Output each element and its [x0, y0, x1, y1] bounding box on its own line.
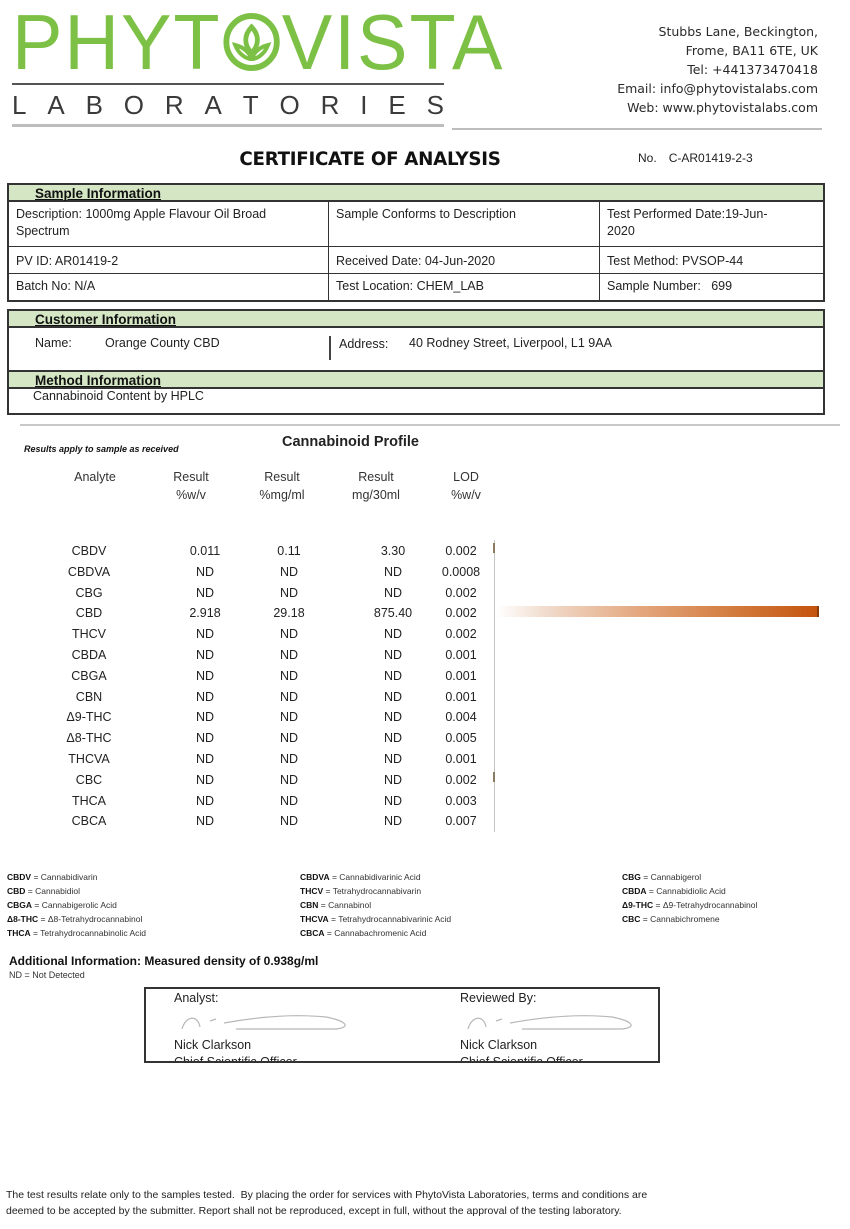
legend-full-name: Tetrahydrocannabivarinic Acid: [338, 914, 451, 924]
legend-entry: CBN = Cannabinol: [300, 898, 451, 912]
column-header-unit: %w/v: [146, 486, 236, 504]
logo-subtitle-letter: B: [86, 90, 103, 120]
legend-abbreviation: CBDV: [7, 872, 31, 882]
cell-mgml: ND: [244, 708, 334, 726]
legend-abbreviation: CBGA: [7, 900, 32, 910]
legend-equals: =: [640, 914, 650, 924]
cell-mgml: ND: [244, 625, 334, 643]
test-method-cell: Test Method: PVSOP-44: [600, 247, 823, 273]
axis-tick-mark: [493, 543, 495, 553]
legend-abbreviation: CBDA: [622, 886, 647, 896]
legend-equals: =: [323, 886, 333, 896]
table-row: CBDVANDNDND0.0008: [0, 563, 500, 583]
legend-full-name: Cannabichromene: [650, 914, 719, 924]
legend-entry: THCVA = Tetrahydrocannabivarinic Acid: [300, 912, 451, 926]
table-row: THCVNDNDND0.002: [0, 625, 500, 645]
cell-analyte: CBDVA: [44, 563, 134, 581]
certificate-number-label: No.: [638, 151, 657, 165]
web-line[interactable]: Web: www.phytovistalabs.com: [617, 98, 818, 117]
leaf-logo-icon: [223, 13, 279, 71]
column-header-line: Result: [146, 468, 236, 486]
table-row: THCANDNDND0.003: [0, 792, 500, 812]
legend-entry: CBDA = Cannabidiolic Acid: [622, 884, 757, 898]
table-row: Δ9-THCNDNDND0.004: [0, 708, 500, 728]
logo-divider: [12, 83, 444, 85]
legend-full-name: Cannabigerol: [651, 872, 702, 882]
method-text: Cannabinoid Content by HPLC: [33, 389, 204, 403]
profile-title: Cannabinoid Profile: [282, 434, 419, 450]
legend-abbreviation: CBDVA: [300, 872, 330, 882]
cell-analyte: CBDA: [44, 646, 134, 664]
cell-pct: ND: [160, 771, 250, 789]
section-title: Sample Information: [35, 185, 161, 202]
reviewer-signature-block: Reviewed By: Nick Clarkson Chief Scienti…: [460, 990, 583, 1063]
section-header: Method Information: [9, 372, 823, 389]
column-header-line: Analyte: [50, 468, 140, 486]
logo-subtitle-letter: A: [47, 90, 64, 120]
column-header-lod: LOD%w/v: [421, 468, 511, 504]
legend-full-name: Δ8-Tetrahydrocannabinol: [48, 914, 143, 924]
cell-analyte: CBD: [44, 604, 134, 622]
cell-analyte: CBCA: [44, 812, 134, 830]
abbreviation-legend-column: CBDVA = Cannabidivarinic AcidTHCV = Tetr…: [300, 870, 451, 940]
legend-full-name: Cannabidiol: [35, 886, 80, 896]
cell-mgml: 29.18: [244, 604, 334, 622]
column-header-analyte: Analyte: [50, 468, 140, 486]
legend-full-name: Δ9-Tetrahydrocannabinol: [663, 900, 758, 910]
legend-entry: CBCA = Cannabachromenic Acid: [300, 926, 451, 940]
table-row: CBGANDNDND0.001: [0, 667, 500, 687]
cell-analyte: CBGA: [44, 667, 134, 685]
sample-info-row: Batch No: N/A Test Location: CHEM_LAB Sa…: [9, 274, 823, 300]
cell-analyte: CBC: [44, 771, 134, 789]
column-header-unit: mg/30ml: [331, 486, 421, 504]
column-header-unit: %mg/ml: [237, 486, 327, 504]
batch-no-cell: Batch No: N/A: [9, 274, 329, 300]
table-row: CBDANDNDND0.001: [0, 646, 500, 666]
cell-mgml: ND: [244, 646, 334, 664]
cell-lod: 0.004: [416, 708, 506, 726]
certificate-number: No.C-AR01419-2-3: [638, 151, 753, 165]
conformity-cell: Sample Conforms to Description: [329, 202, 600, 246]
nd-note: ND = Not Detected: [9, 970, 85, 980]
cell-pct: ND: [160, 812, 250, 830]
test-date-cell: Test Performed Date:19-Jun-2020: [600, 202, 823, 246]
logo-subtitle-letter: L: [12, 90, 26, 120]
cell-analyte: THCA: [44, 792, 134, 810]
test-location-cell: Test Location: CHEM_LAB: [329, 274, 600, 300]
cell-pct: ND: [160, 625, 250, 643]
legend-full-name: Cannabidivarin: [41, 872, 98, 882]
analyst-label: Analyst:: [174, 990, 297, 1007]
method-information-box: Method Information Cannabinoid Content b…: [7, 370, 825, 415]
pv-id-cell: PV ID: AR01419-2: [9, 247, 329, 273]
section-header: Sample Information: [9, 185, 823, 202]
legend-equals: =: [318, 900, 328, 910]
customer-details: Name: Orange County CBD Address: 40 Rodn…: [9, 328, 823, 372]
legend-equals: =: [325, 928, 335, 938]
customer-name-label: Name:: [35, 336, 72, 350]
legend-full-name: Cannabidiolic Acid: [656, 886, 725, 896]
column-header-mg30: Resultmg/30ml: [331, 468, 421, 504]
disclaimer-line: The test results relate only to the samp…: [6, 1187, 826, 1203]
legend-equals: =: [38, 914, 48, 924]
customer-information-box: Customer Information Name: Orange County…: [7, 309, 825, 374]
logo-subtitle-letter: T: [243, 90, 259, 120]
reviewer-label: Reviewed By:: [460, 990, 583, 1007]
bar-cbd: [497, 606, 819, 617]
cell-mgml: ND: [244, 750, 334, 768]
analyst-name: Nick Clarkson: [174, 1037, 297, 1054]
cell-lod: 0.001: [416, 646, 506, 664]
header-divider: [452, 128, 822, 130]
column-header-line: Result: [331, 468, 421, 486]
received-date-cell: Received Date: 04-Jun-2020: [329, 247, 600, 273]
column-header-line: Result: [237, 468, 327, 486]
logo-subtitle-letter: A: [205, 90, 222, 120]
email-line[interactable]: Email: info@phytovistalabs.com: [617, 79, 818, 98]
legend-equals: =: [653, 900, 663, 910]
disclaimer-line: deemed to be accepted by the submitter. …: [6, 1203, 826, 1219]
legend-entry: THCV = Tetrahydrocannabivarin: [300, 884, 451, 898]
legend-full-name: Cannabachromenic Acid: [334, 928, 426, 938]
cell-analyte: Δ8-THC: [44, 729, 134, 747]
cell-pct: ND: [160, 667, 250, 685]
legend-equals: =: [330, 872, 340, 882]
logo-subtitle-letter: S: [427, 90, 444, 120]
cell-mgml: ND: [244, 771, 334, 789]
customer-address-value: 40 Rodney Street, Liverpool, L1 9AA: [409, 336, 612, 350]
cell-lod: 0.005: [416, 729, 506, 747]
legend-abbreviation: THCV: [300, 886, 323, 896]
cell-analyte: CBN: [44, 688, 134, 706]
legend-entry: CBGA = Cannabigerolic Acid: [7, 898, 146, 912]
legend-entry: CBDV = Cannabidivarin: [7, 870, 146, 884]
legend-entry: Δ8-THC = Δ8-Tetrahydrocannabinol: [7, 912, 146, 926]
table-row: CBCNDNDND0.002: [0, 771, 500, 791]
address-line: Stubbs Lane, Beckington,: [617, 22, 818, 41]
cell-pct: ND: [160, 729, 250, 747]
abbreviation-legend-column: CBDV = CannabidivarinCBD = CannabidiolCB…: [7, 870, 146, 940]
legend-equals: =: [32, 900, 42, 910]
cell-lod: 0.001: [416, 688, 506, 706]
legend-equals: =: [647, 886, 657, 896]
results-note: Results apply to sample as received: [24, 444, 179, 454]
logo-subtitle-letter: R: [165, 90, 184, 120]
section-header: Customer Information: [9, 311, 823, 328]
cell-pct: ND: [160, 688, 250, 706]
logo-underline: [12, 124, 444, 127]
table-row: CBNNDNDND0.001: [0, 688, 500, 708]
cell-mgml: ND: [244, 729, 334, 747]
lab-contact-block: Stubbs Lane, Beckington, Frome, BA11 6TE…: [617, 22, 818, 117]
logo-subtitle-letter: I: [360, 90, 367, 120]
cell-lod: 0.002: [416, 604, 506, 622]
analyst-title: Chief Scientific Officer: [174, 1054, 297, 1063]
legend-entry: CBG = Cannabigerol: [622, 870, 757, 884]
analyst-signature-block: Analyst: Nick Clarkson Chief Scientific …: [174, 990, 297, 1063]
sample-info-row: Description: 1000mg Apple Flavour Oil Br…: [9, 202, 823, 247]
cell-mgml: ND: [244, 563, 334, 581]
legend-entry: THCA = Tetrahydrocannabinolic Acid: [7, 926, 146, 940]
reviewer-name: Nick Clarkson: [460, 1037, 583, 1054]
logo-text-left: PHYT: [12, 0, 222, 86]
cell-lod: 0.001: [416, 750, 506, 768]
reviewer-title: Chief Scientific Officer: [460, 1054, 583, 1063]
cell-mgml: ND: [244, 688, 334, 706]
cell-pct: ND: [160, 563, 250, 581]
cell-pct: ND: [160, 792, 250, 810]
description-cell: Description: 1000mg Apple Flavour Oil Br…: [9, 202, 329, 246]
certificate-number-value: C-AR01419-2-3: [669, 151, 753, 165]
legend-entry: CBD = Cannabidiol: [7, 884, 146, 898]
document-title: CERTIFICATE OF ANALYSIS: [15, 148, 725, 170]
sample-information-box: Sample Information Description: 1000mg A…: [7, 183, 825, 302]
cell-lod: 0.003: [416, 792, 506, 810]
cell-analyte: Δ9-THC: [44, 708, 134, 726]
phone-line: Tel: +441373470418: [617, 60, 818, 79]
legend-abbreviation: THCVA: [300, 914, 329, 924]
legend-abbreviation: CBN: [300, 900, 318, 910]
cell-pct: ND: [160, 646, 250, 664]
legend-abbreviation: Δ8-THC: [7, 914, 38, 924]
chart-axis: [494, 540, 495, 832]
legend-entry: Δ9-THC = Δ9-Tetrahydrocannabinol: [622, 898, 757, 912]
logo-text-right: VISTA: [282, 0, 505, 86]
legend-full-name: Cannabigerolic Acid: [42, 900, 117, 910]
additional-information: Additional Information: Measured density…: [9, 954, 318, 968]
cell-analyte: CBG: [44, 584, 134, 602]
table-row: Δ8-THCNDNDND0.005: [0, 729, 500, 749]
legend-full-name: Cannabinol: [328, 900, 371, 910]
legend-abbreviation: THCA: [7, 928, 31, 938]
cell-pct: 0.011: [160, 542, 250, 560]
cell-mgml: 0.11: [244, 542, 334, 560]
cell-lod: 0.0008: [416, 563, 506, 581]
table-row: CBDV0.0110.113.300.002: [0, 542, 500, 562]
cell-pct: ND: [160, 584, 250, 602]
cell-pct: 2.918: [160, 604, 250, 622]
field-divider: [329, 336, 331, 360]
legend-entry: CBDVA = Cannabidivarinic Acid: [300, 870, 451, 884]
sample-number-cell: Sample Number: 699: [600, 274, 823, 300]
cell-mgml: ND: [244, 584, 334, 602]
cell-analyte: THCVA: [44, 750, 134, 768]
signature-box: Analyst: Nick Clarkson Chief Scientific …: [144, 987, 660, 1063]
address-line: Frome, BA11 6TE, UK: [617, 41, 818, 60]
legend-abbreviation: CBC: [622, 914, 640, 924]
cell-pct: ND: [160, 708, 250, 726]
legend-full-name: Cannabidivarinic Acid: [339, 872, 420, 882]
section-title: Method Information: [35, 372, 161, 389]
cell-lod: 0.001: [416, 667, 506, 685]
column-header-mgml: Result%mg/ml: [237, 468, 327, 504]
cell-lod: 0.007: [416, 812, 506, 830]
cell-analyte: CBDV: [44, 542, 134, 560]
cell-mgml: ND: [244, 792, 334, 810]
signature-image-icon: [460, 1007, 583, 1037]
legend-full-name: Tetrahydrocannabinolic Acid: [40, 928, 146, 938]
legend-equals: =: [31, 872, 41, 882]
cell-mgml: ND: [244, 812, 334, 830]
logo-subtitle-letter: O: [280, 90, 300, 120]
legend-equals: =: [329, 914, 339, 924]
disclaimer-footer: The test results relate only to the samp…: [6, 1187, 826, 1219]
cell-mgml: ND: [244, 667, 334, 685]
section-title: Customer Information: [35, 311, 176, 328]
logo-subtitle-letter: O: [124, 90, 144, 120]
table-row: CBGNDNDND0.002: [0, 584, 500, 604]
logo-subtitle-letter: R: [321, 90, 340, 120]
column-header-unit: %w/v: [421, 486, 511, 504]
logo-subtitle: LABORATORIES: [12, 90, 444, 120]
section-divider: [20, 424, 840, 426]
legend-abbreviation: CBCA: [300, 928, 325, 938]
legend-abbreviation: CBG: [622, 872, 641, 882]
cell-lod: 0.002: [416, 625, 506, 643]
table-row: CBCANDNDND0.007: [0, 812, 500, 832]
legend-entry: CBC = Cannabichromene: [622, 912, 757, 926]
legend-equals: =: [641, 872, 651, 882]
customer-address-label: Address:: [339, 337, 388, 351]
legend-full-name: Tetrahydrocannabivarin: [333, 886, 421, 896]
column-header-pct: Result%w/v: [146, 468, 236, 504]
legend-abbreviation: CBD: [7, 886, 25, 896]
cell-analyte: THCV: [44, 625, 134, 643]
logo-subtitle-letter: E: [388, 90, 405, 120]
sample-info-row: PV ID: AR01419-2 Received Date: 04-Jun-2…: [9, 247, 823, 274]
cell-pct: ND: [160, 750, 250, 768]
logo-wordmark: PHYTVISTA: [12, 2, 504, 82]
table-row: THCVANDNDND0.001: [0, 750, 500, 770]
legend-equals: =: [31, 928, 41, 938]
axis-tick-mark: [493, 772, 495, 782]
table-row: CBD2.91829.18875.400.002: [0, 604, 500, 624]
cell-lod: 0.002: [416, 584, 506, 602]
legend-equals: =: [25, 886, 35, 896]
method-details: Cannabinoid Content by HPLC: [9, 389, 823, 407]
legend-abbreviation: Δ9-THC: [622, 900, 653, 910]
column-header-line: LOD: [421, 468, 511, 486]
signature-image-icon: [174, 1007, 297, 1037]
abbreviation-legend-column: CBG = CannabigerolCBDA = Cannabidiolic A…: [622, 870, 757, 926]
customer-name-value: Orange County CBD: [105, 336, 220, 350]
